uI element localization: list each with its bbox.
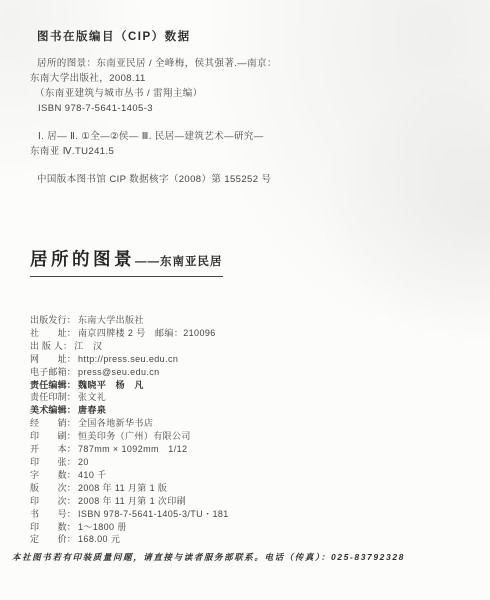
colophon-row-print-run: 印 数：1～1800 册 <box>30 521 430 534</box>
colophon-value: 魏晓平 杨 凡 <box>76 380 144 390</box>
colophon-value: 2008 年 11 月第 1 版 <box>76 483 167 493</box>
colophon-row-publisher: 出版发行：东南大学出版社 <box>30 314 430 327</box>
colophon-label: 定 价： <box>30 533 76 546</box>
colophon-row-address: 社 址：南京四牌楼 2 号 邮编：210096 <box>30 327 430 340</box>
colophon-row-print-supervisor: 责任印制：张文礼 <box>30 391 430 404</box>
colophon-value: 江 汉 <box>72 341 102 351</box>
cip-record-line: ISBN 978-7-5641-1405-3 <box>30 101 360 116</box>
colophon-row-price: 定 价：168.00 元 <box>30 533 430 546</box>
cip-classification-line: Ⅰ. 居— Ⅱ. ①全—②侯— Ⅲ. 民居—建筑艺术—研究— <box>30 129 360 144</box>
colophon-value: 20 <box>76 457 89 467</box>
cip-heading: 图书在版编目（CIP）数据 <box>37 28 360 44</box>
colophon-row-editors: 责任编辑：魏晓平 杨 凡 <box>30 379 430 392</box>
colophon-label: 版 次： <box>30 482 76 495</box>
colophon-label: 印 张： <box>30 456 76 469</box>
cip-record-number: 中国版本图书馆 CIP 数据核字（2008）第 155252 号 <box>30 172 360 187</box>
cip-record-line: 东南大学出版社，2008.11 <box>30 71 360 86</box>
colophon-label: 书 号： <box>30 508 76 521</box>
book-title-block: 居所的图景——东南亚民居 <box>30 246 223 277</box>
colophon-value: 全国各地新华书店 <box>76 418 153 428</box>
book-title: 居所的图景 <box>30 249 135 269</box>
colophon-value: http://press.seu.edu.cn <box>76 354 178 364</box>
colophon-row-website: 网 址：http://press.seu.edu.cn <box>30 353 430 366</box>
colophon-row-word-count: 字 数：410 千 <box>30 469 430 482</box>
cip-gap <box>30 159 360 172</box>
colophon-row-isbn: 书 号：ISBN 978-7-5641-1405-3/TU・181 <box>30 508 430 521</box>
colophon-row-printer: 印 刷：恒美印务（广州）有限公司 <box>30 430 430 443</box>
colophon-value: 唐春泉 <box>76 405 106 415</box>
colophon-value: 168.00 元 <box>76 534 120 544</box>
colophon-value: 南京四牌楼 2 号 邮编：210096 <box>76 328 216 338</box>
colophon-value: 410 千 <box>76 470 107 480</box>
colophon-value: ISBN 978-7-5641-1405-3/TU・181 <box>76 509 229 519</box>
colophon-row-distributor: 经 销：全国各地新华书店 <box>30 417 430 430</box>
cip-section: 图书在版编目（CIP）数据 居所的图景：东南亚民居 / 全峰梅，侯其强著.—南京… <box>30 28 360 187</box>
colophon-label: 印 数： <box>30 521 76 534</box>
colophon-label: 出 版 人： <box>30 340 72 353</box>
colophon-row-impression: 印 次：2008 年 11 月第 1 次印刷 <box>30 495 430 508</box>
cip-record-line: （东南亚建筑与城市丛书 / 雷翔主编） <box>30 86 360 101</box>
colophon-label: 印 次： <box>30 495 76 508</box>
colophon-value: 787mm × 1092mm 1/12 <box>76 444 187 454</box>
colophon-row-sheets: 印 张：20 <box>30 456 430 469</box>
book-copyright-page: 图书在版编目（CIP）数据 居所的图景：东南亚民居 / 全峰梅，侯其强著.—南京… <box>0 0 490 600</box>
colophon-value: 恒美印务（广州）有限公司 <box>76 431 191 441</box>
colophon-row-art-editor: 美术编辑：唐春泉 <box>30 404 430 417</box>
colophon-value: 张文礼 <box>76 392 106 402</box>
colophon-label: 责任编辑： <box>30 379 76 392</box>
colophon-label: 出版发行： <box>30 314 76 327</box>
colophon-value: press@seu.edu.cn <box>76 367 160 377</box>
colophon-label: 经 销： <box>30 417 76 430</box>
cip-record-line: 居所的图景：东南亚民居 / 全峰梅，侯其强著.—南京： <box>30 56 360 71</box>
colophon-label: 社 址： <box>30 327 76 340</box>
colophon-row-format: 开 本：787mm × 1092mm 1/12 <box>30 443 430 456</box>
colophon-label: 责任印制： <box>30 391 76 404</box>
colophon-label: 开 本： <box>30 443 76 456</box>
book-subtitle: ——东南亚民居 <box>135 256 223 268</box>
colophon-label: 电子邮箱： <box>30 366 76 379</box>
title-underline: 居所的图景——东南亚民居 <box>30 246 223 277</box>
colophon-label: 美术编辑： <box>30 404 76 417</box>
colophon-row-publisher-person: 出 版 人：江 汉 <box>30 340 430 353</box>
cip-gap <box>30 116 360 129</box>
cip-classification-line: 东南亚 Ⅳ.TU241.5 <box>30 144 360 159</box>
colophon-value: 1～1800 册 <box>76 522 127 532</box>
colophon-section: 出版发行：东南大学出版社 社 址：南京四牌楼 2 号 邮编：210096 出 版… <box>30 314 430 546</box>
colophon-value: 东南大学出版社 <box>76 315 144 325</box>
colophon-row-edition: 版 次：2008 年 11 月第 1 版 <box>30 482 430 495</box>
colophon-label: 字 数： <box>30 469 76 482</box>
quality-complaint-note: 本社图书若有印装质量问题，请直接与读者服务部联系。电话（传真）：025-8379… <box>12 551 480 563</box>
colophon-value: 2008 年 11 月第 1 次印刷 <box>76 496 186 506</box>
colophon-row-email: 电子邮箱：press@seu.edu.cn <box>30 366 430 379</box>
colophon-label: 印 刷： <box>30 430 76 443</box>
colophon-label: 网 址： <box>30 353 76 366</box>
